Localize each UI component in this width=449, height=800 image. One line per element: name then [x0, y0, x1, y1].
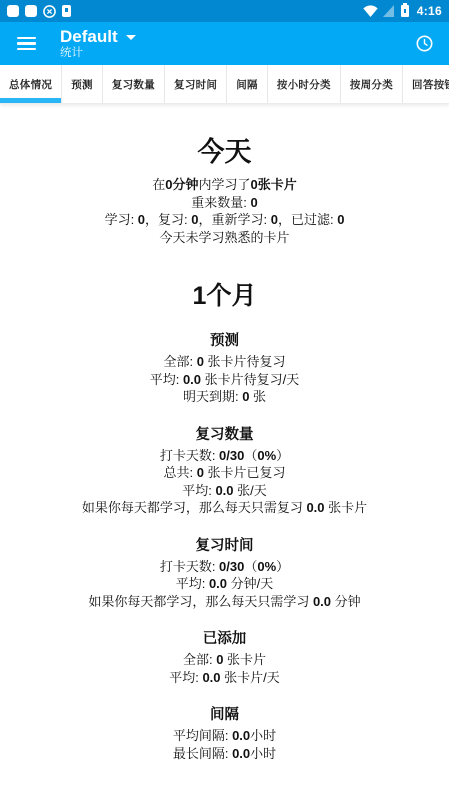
forecast-due-tomorrow: 明天到期: 0 张	[0, 388, 449, 406]
today-heading: 今天	[0, 130, 449, 169]
battery-icon	[401, 5, 409, 17]
review-count-days-studied: 打卡天数: 0/30（0%）	[0, 447, 449, 465]
status-icons-left	[7, 5, 71, 18]
notification-square-icon	[25, 5, 37, 17]
hamburger-icon[interactable]	[17, 37, 36, 51]
intervals-heading: 间隔	[0, 703, 449, 724]
forecast-average: 平均: 0.0 张卡片待复习/天	[0, 371, 449, 389]
clock-action-button[interactable]	[415, 34, 434, 53]
forecast-heading: 预测	[0, 329, 449, 350]
review-time-average: 平均: 0.0 分钟/天	[0, 575, 449, 593]
review-time-heading: 复习时间	[0, 534, 449, 555]
tab-weekly-breakdown[interactable]: 按周分类	[340, 65, 402, 103]
mature-note: 今天未学习熟悉的卡片	[0, 229, 449, 247]
review-count-average: 平均: 0.0 张/天	[0, 482, 449, 500]
tab-hourly-breakdown[interactable]: 按小时分类	[267, 65, 340, 103]
added-heading: 已添加	[0, 627, 449, 648]
status-bar: 4:16	[0, 0, 449, 22]
clock-icon	[415, 34, 434, 53]
sd-card-icon	[62, 5, 71, 17]
review-count-if-studied: 如果你每天都学习，那么每天只需复习 0.0 张卡片	[0, 499, 449, 517]
caret-down-icon	[126, 35, 136, 40]
signal-dim-icon	[383, 5, 394, 17]
page-subtitle: 统计	[60, 47, 136, 60]
wifi-icon	[363, 5, 378, 17]
tab-review-time[interactable]: 复习时间	[164, 65, 226, 103]
tab-forecast[interactable]: 预测	[61, 65, 102, 103]
review-time-days-studied: 打卡天数: 0/30（0%）	[0, 558, 449, 576]
added-total: 全部: 0 张卡片	[0, 651, 449, 669]
status-icons-right: 4:16	[363, 4, 442, 18]
deck-title: Default	[60, 27, 118, 46]
intervals-average: 平均间隔: 0.0小时	[0, 727, 449, 745]
review-count-total: 总共: 0 张卡片已复习	[0, 464, 449, 482]
app-bar: Default 统计	[0, 22, 449, 65]
deck-selector[interactable]: Default 统计	[60, 27, 136, 60]
tab-bar: 总体情况预测复习数量复习时间间隔按小时分类按周分类回答按钮	[0, 65, 449, 104]
again-count: 重来数量: 0	[0, 194, 449, 212]
stats-content: 今天在0分钟内学习了0张卡片重来数量: 0学习: 0，复习: 0，重新学习: 0…	[0, 104, 449, 762]
tab-answer-buttons[interactable]: 回答按钮	[402, 65, 449, 103]
counts-breakdown: 学习: 0，复习: 0，重新学习: 0，已过滤: 0	[0, 211, 449, 229]
notification-square-icon	[7, 5, 19, 17]
tab-intervals[interactable]: 间隔	[226, 65, 267, 103]
tab-overview[interactable]: 总体情况	[0, 65, 61, 103]
added-average: 平均: 0.0 张卡片/天	[0, 669, 449, 687]
review-count-heading: 复习数量	[0, 423, 449, 444]
today-summary: 在0分钟内学习了0张卡片	[0, 176, 449, 194]
month-heading: 1个月	[0, 276, 449, 312]
circle-x-icon	[43, 5, 56, 18]
status-time: 4:16	[417, 4, 442, 18]
tab-review-count[interactable]: 复习数量	[102, 65, 164, 103]
intervals-longest: 最长间隔: 0.0小时	[0, 745, 449, 763]
forecast-total: 全部: 0 张卡片待复习	[0, 353, 449, 371]
review-time-if-studied: 如果你每天都学习，那么每天只需学习 0.0 分钟	[0, 593, 449, 611]
